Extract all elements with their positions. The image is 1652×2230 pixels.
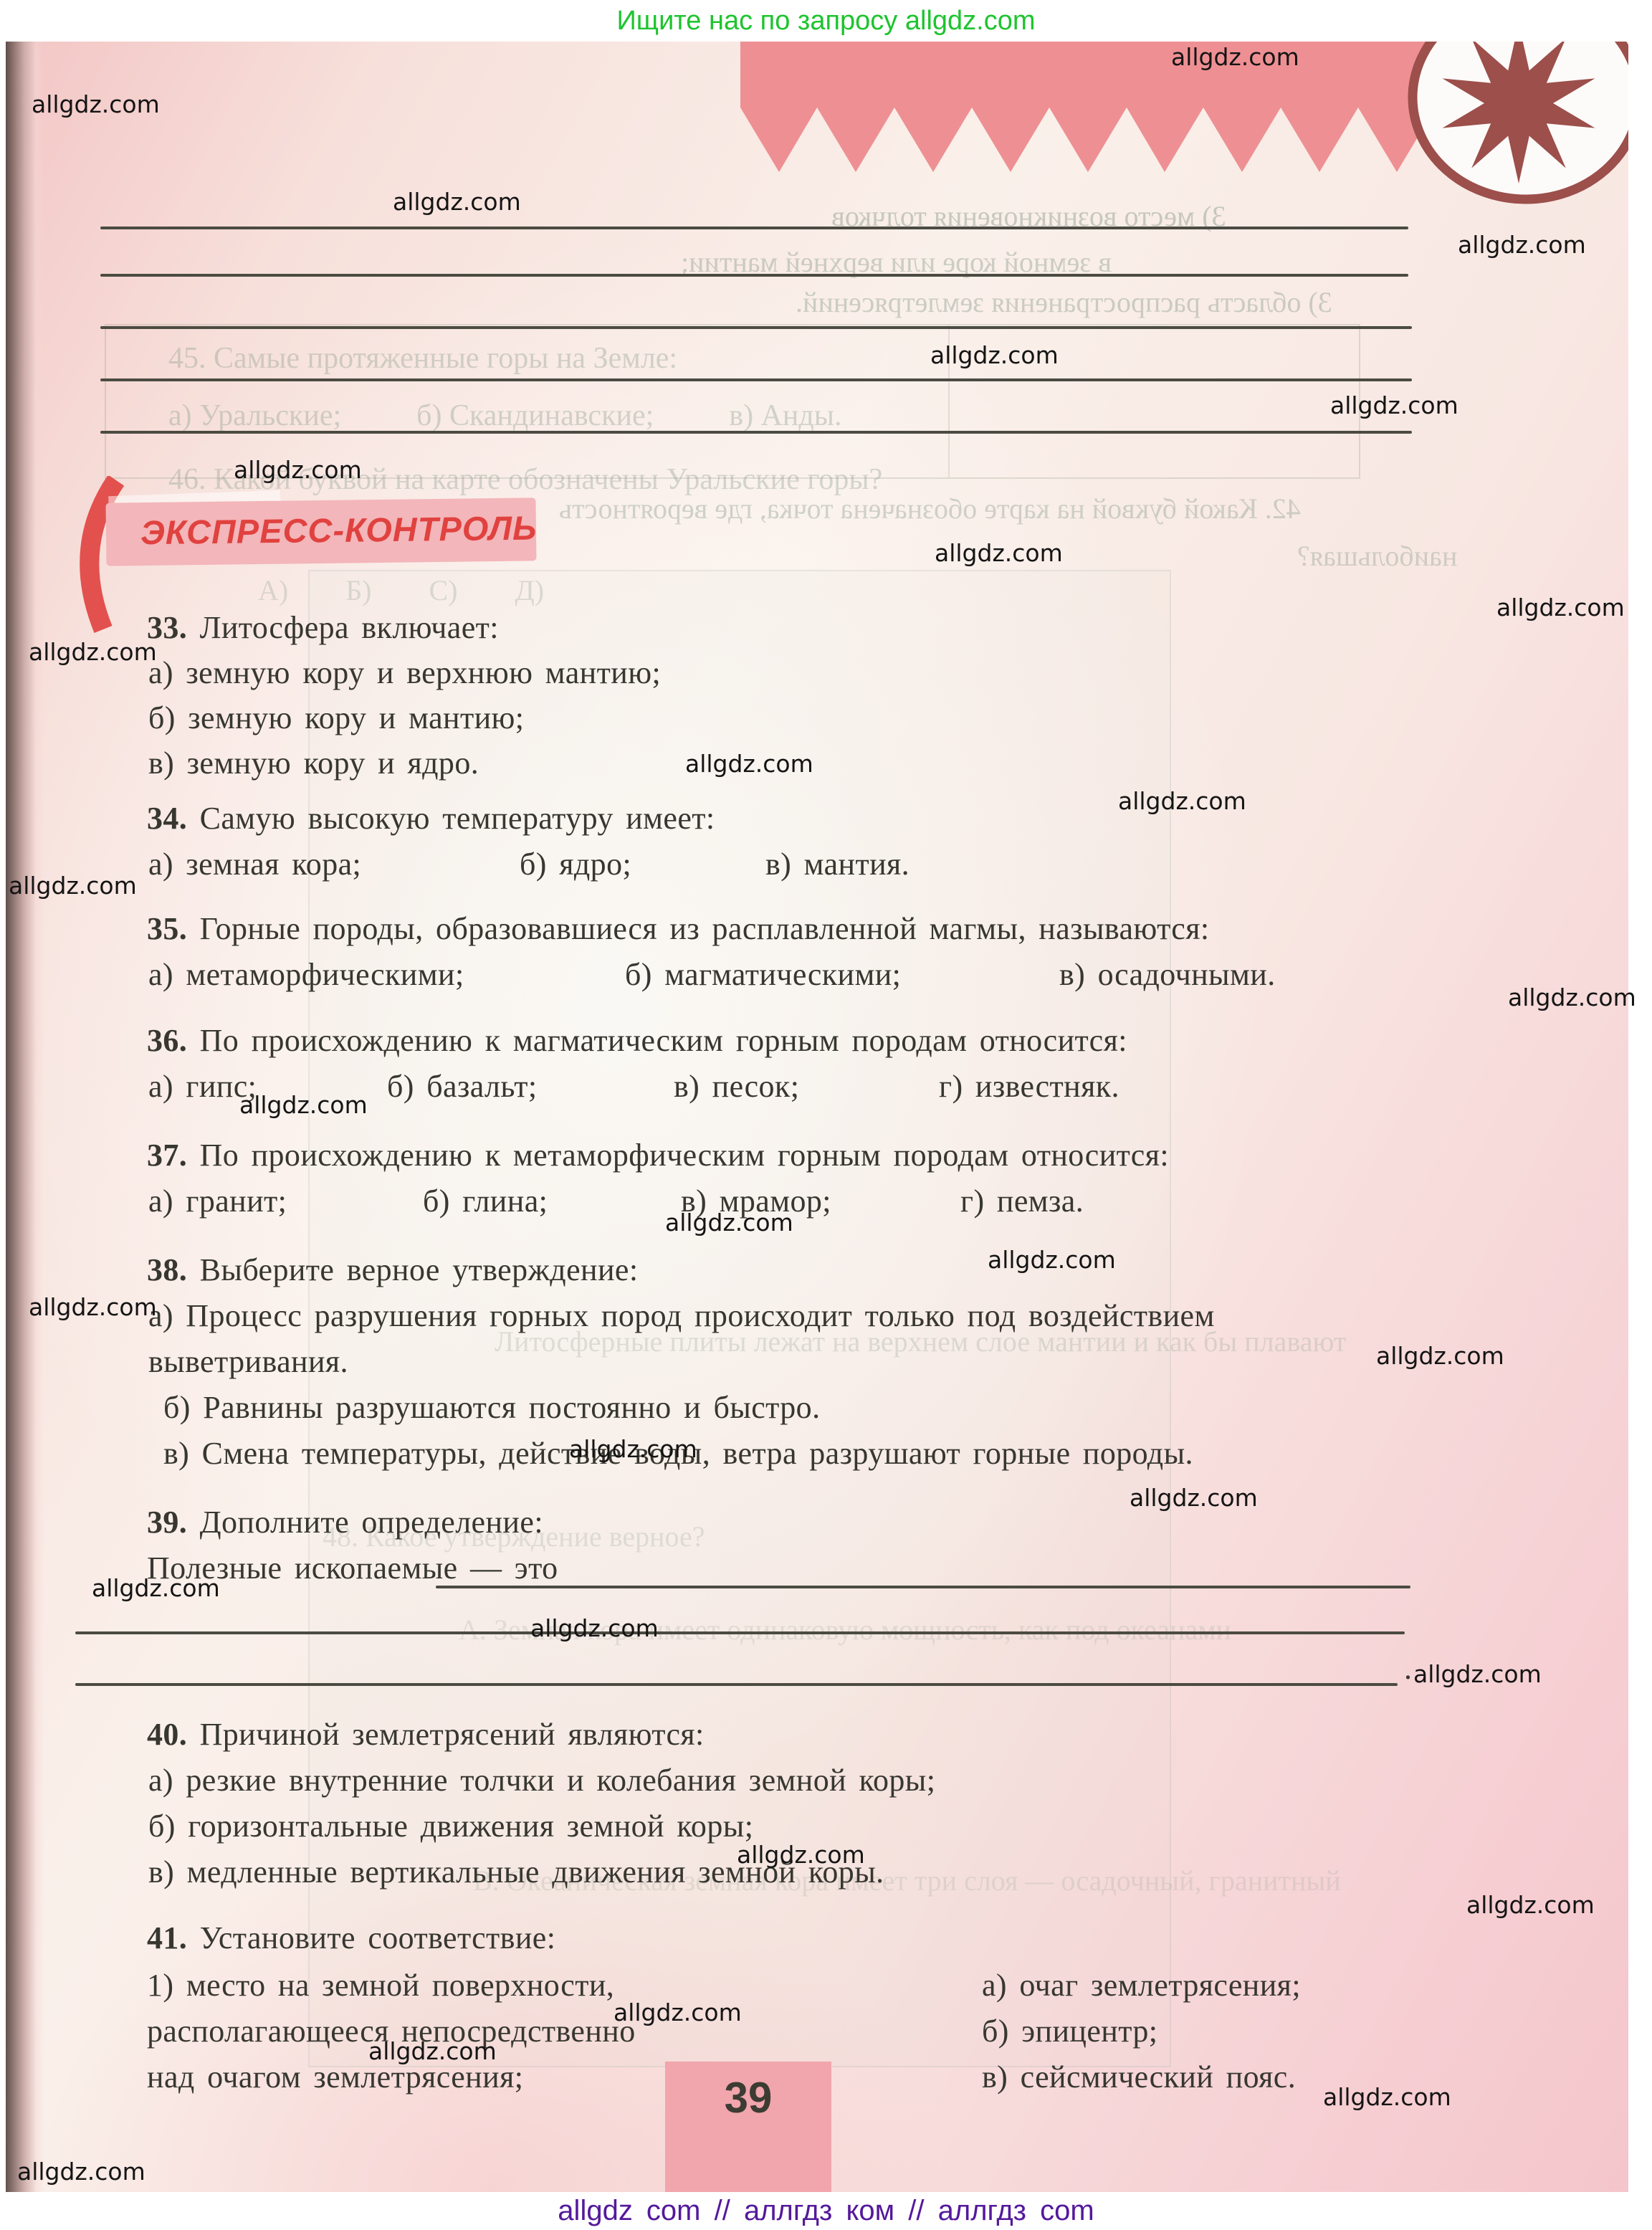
zigzag-ribbon-decoration (740, 42, 1436, 181)
watermark-text: allgdz.com (530, 1614, 659, 1642)
question-text-row: в) земную кору и ядро. (148, 745, 479, 781)
question-text-row: в) сейсмический пояс. (982, 2059, 1296, 2095)
watermark-text: allgdz.com (29, 638, 157, 666)
watermark-text: allgdz.com (1130, 1484, 1258, 1512)
watermark-text: allgdz.com (1458, 231, 1586, 259)
bleedthrough-text: А) Б) С) Д) (258, 573, 544, 607)
watermark-text: allgdz.com (1171, 43, 1299, 71)
question-text-row: а) очаг землетрясения; (982, 1967, 1301, 2003)
answer-line (436, 1586, 1410, 1588)
question-number: 40. (147, 1717, 187, 1752)
question-number: 35. (147, 911, 187, 946)
watermark-text: allgdz.com (368, 2037, 497, 2065)
watermark-text: allgdz.com (569, 1435, 697, 1463)
question-text-row: а) метаморфическими; (148, 956, 464, 993)
question-number: 36. (147, 1023, 187, 1058)
question-number: 37. (147, 1138, 187, 1173)
question-number: 34. (147, 801, 187, 836)
star-badge-icon (1386, 42, 1628, 261)
question-text-row: б) базальт; (387, 1068, 537, 1105)
answer-line (100, 274, 1408, 277)
question-title-row: 40. Причиной землетрясений являются: (147, 1716, 705, 1753)
watermark-text: allgdz.com (234, 456, 362, 484)
question-text-row: в) осадочными. (1059, 956, 1276, 993)
answer-line (100, 378, 1412, 381)
question-text-row: б) глина; (423, 1183, 548, 1219)
watermark-text: allgdz.com (29, 1293, 157, 1321)
question-text-row: выветривания. (148, 1343, 348, 1380)
book-spine-shadow (6, 42, 44, 2192)
question-text-row: г) пемза. (960, 1183, 1084, 1219)
answer-line (100, 431, 1412, 434)
question-text-row: б) магматическими; (625, 956, 901, 993)
answer-line (100, 227, 1408, 229)
watermark-text: allgdz.com (92, 1574, 220, 1602)
bleedthrough-text: 3) область распространения землетрясений… (796, 285, 1332, 319)
page-number: 39 (725, 2073, 773, 2192)
question-title-row: 37. По происхождению к метаморфическим г… (147, 1137, 1169, 1173)
watermark-text: allgdz.com (9, 872, 137, 900)
question-text-row: б) эпицентр; (982, 2013, 1157, 2049)
watermark-text: allgdz.com (685, 750, 813, 778)
question-title-row: 33. Литосфера включает: (147, 609, 499, 646)
watermark-text: allgdz.com (1413, 1660, 1542, 1688)
watermark-text: allgdz.com (613, 1998, 742, 2026)
watermark-text: allgdz.com (393, 188, 521, 216)
watermark-text: allgdz.com (930, 341, 1059, 369)
question-number: 41. (147, 1920, 187, 1955)
question-text-row: 1) место на земной поверхности, (147, 1967, 614, 2003)
question-text-row: а) резкие внутренние толчки и колебания … (148, 1762, 935, 1798)
watermark-text: allgdz.com (1323, 2083, 1451, 2111)
watermark-text: allgdz.com (737, 1841, 865, 1869)
question-text-row: б) Равнины разрушаются постоянно и быстр… (163, 1389, 821, 1426)
question-text-row: а) гранит; (148, 1183, 287, 1219)
watermark-text: allgdz.com (1466, 1891, 1595, 1919)
watermark-text: allgdz.com (665, 1209, 793, 1236)
watermark-text: allgdz.com (1508, 983, 1636, 1011)
watermark-text: allgdz.com (988, 1246, 1116, 1274)
bleedthrough-text: 42. Какой буквой на карте обозначена точ… (559, 492, 1301, 525)
answer-line (75, 1631, 1405, 1634)
watermark-text: allgdz.com (1496, 594, 1625, 621)
question-number: 38. (147, 1252, 187, 1287)
watermark-text: allgdz.com (1376, 1342, 1504, 1370)
question-title-row: 34. Самую высокую температуру имеет: (147, 800, 715, 837)
watermark-text: allgdz.com (935, 539, 1063, 567)
watermark-text: allgdz.com (239, 1091, 368, 1119)
question-title-row: 38. Выберите верное утверждение: (147, 1252, 638, 1288)
question-title-row: 39. Дополните определение: (147, 1504, 543, 1540)
question-text-row: в) песок; (674, 1068, 799, 1105)
question-text-row: в) мантия. (765, 846, 909, 882)
question-number: 39. (147, 1505, 187, 1540)
answer-line (100, 326, 1412, 329)
watermark-text: allgdz.com (1118, 787, 1246, 815)
question-text-row: г) известняк. (939, 1068, 1119, 1105)
footer-search-text: allgdz com // аллгдз ком // аллгдз com (558, 2195, 1094, 2227)
top-white-strip: Ищите нас по запросу allgdz.com (0, 0, 1652, 42)
question-title-row: 41. Установите соответствие: (147, 1920, 555, 1956)
question-text-row: а) Процесс разрушения горных пород проис… (148, 1297, 1215, 1334)
question-text-row: б) ядро; (520, 846, 631, 882)
question-text-row: б) земную кору и мантию; (148, 700, 524, 736)
watermark-text: allgdz.com (32, 90, 160, 118)
question-title-row: 35. Горные породы, образовавшиеся из рас… (147, 910, 1209, 947)
watermark-text: allgdz.com (1330, 391, 1458, 419)
question-text-row: а) земная кора; (148, 846, 361, 882)
question-text-row: б) горизонтальные движения земной коры; (148, 1808, 753, 1844)
section-title: ЭКСПРЕСС-КОНТРОЛЬ (140, 508, 528, 553)
question-text-row: а) земную кору и верхнюю мантию; (148, 654, 661, 691)
scanned-workbook-page: Ищите нас по запросу allgdz.com 3) место… (0, 0, 1652, 2230)
page-number-box: 39 (665, 2062, 831, 2192)
bleedthrough-text: наибольшая? (1297, 539, 1457, 573)
question-title-row: 36. По происхождению к магматическим гор… (147, 1022, 1127, 1059)
bottom-white-strip: allgdz com // аллгдз ком // аллгдз com (0, 2192, 1652, 2230)
answer-line (75, 1683, 1398, 1686)
watermark-text: allgdz.com (17, 2158, 145, 2186)
search-promo-text: Ищите нас по запросу allgdz.com (616, 6, 1035, 37)
